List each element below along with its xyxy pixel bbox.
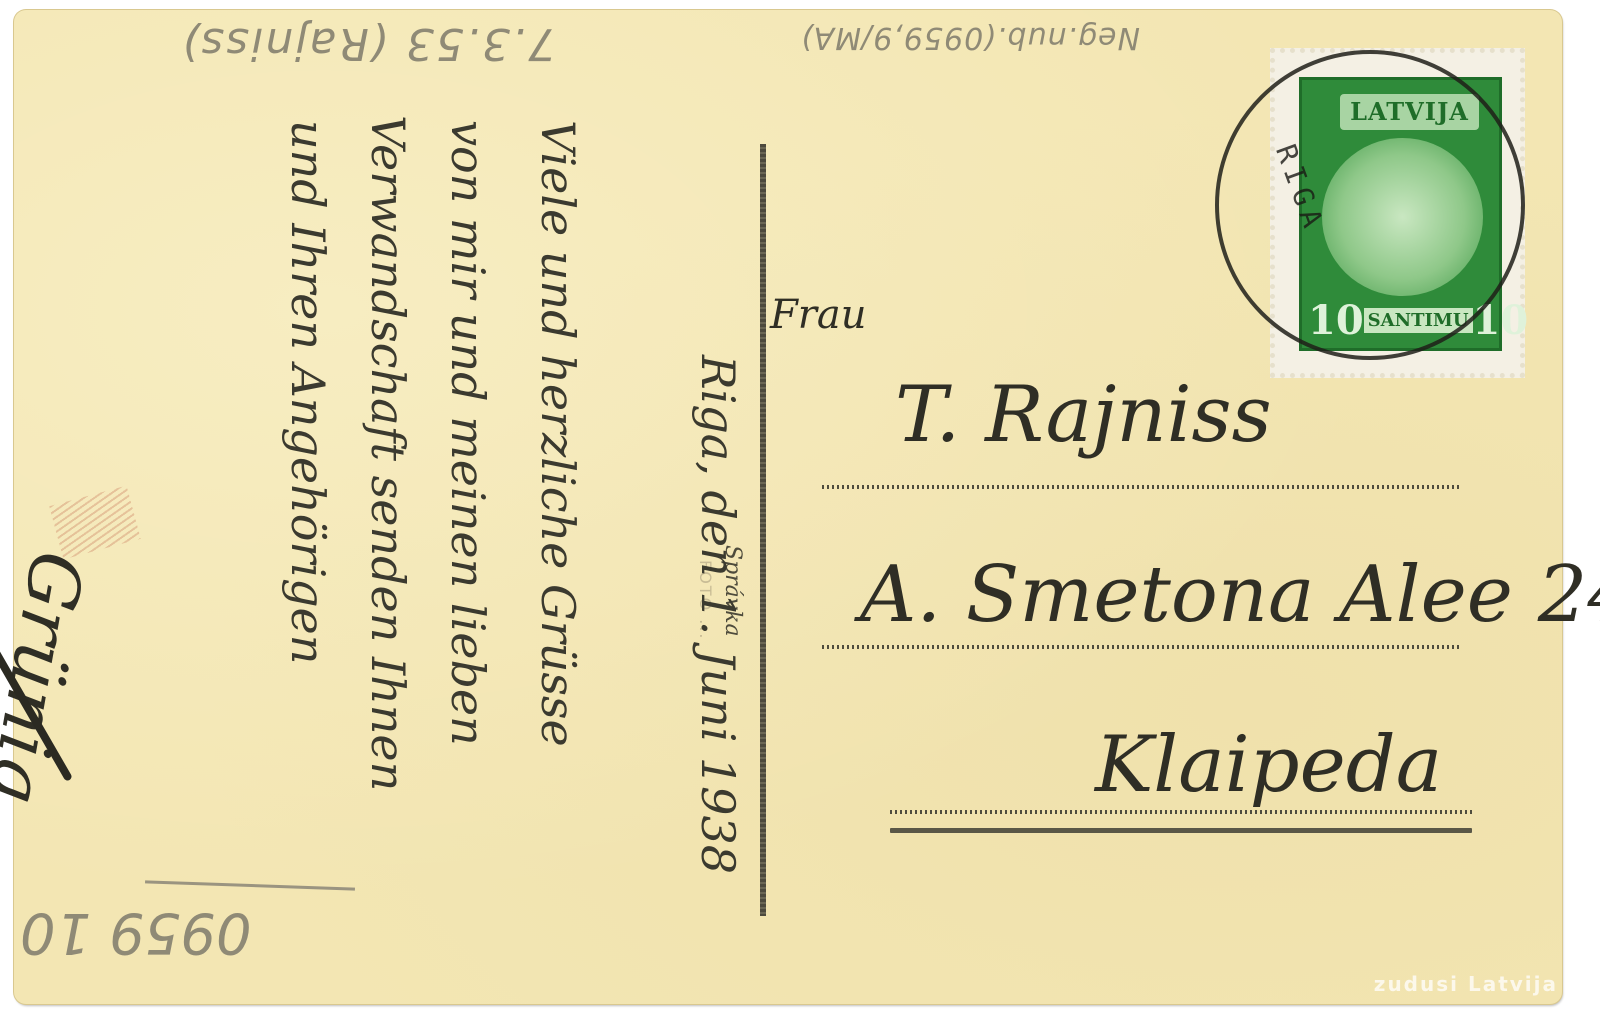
- address-line: [890, 810, 1472, 814]
- watermark: zudusi Latvija: [1374, 972, 1558, 996]
- address-city: Klaipeda: [1095, 720, 1442, 810]
- address-underline: [890, 828, 1472, 833]
- divider-line: [760, 144, 766, 916]
- message-place-date: Riga, den 1. Juni 1938: [691, 355, 745, 874]
- address-salutation: Frau: [770, 292, 866, 338]
- address-street: A. Smetona Alee 24: [860, 550, 1600, 640]
- archive-note-bottom: 0959 10: [20, 900, 252, 965]
- message-line: von mir und meinen lieben: [441, 120, 495, 746]
- message-line: Verwandschaft senden Ihnen: [361, 115, 415, 791]
- message-line: und Ihren Angehörigen: [281, 120, 335, 664]
- archive-note-top: 7.3.53 (Rajniss): [180, 18, 556, 69]
- postmark-circle: [1215, 50, 1525, 360]
- address-line: [822, 485, 1462, 489]
- address-name: T. Rajniss: [895, 370, 1272, 460]
- address-line: [822, 645, 1462, 649]
- message-line: Viele und herzliche Grüsse: [531, 120, 585, 747]
- archive-note-top-small: Neg.nub.(0959,9/MA): [800, 20, 1140, 55]
